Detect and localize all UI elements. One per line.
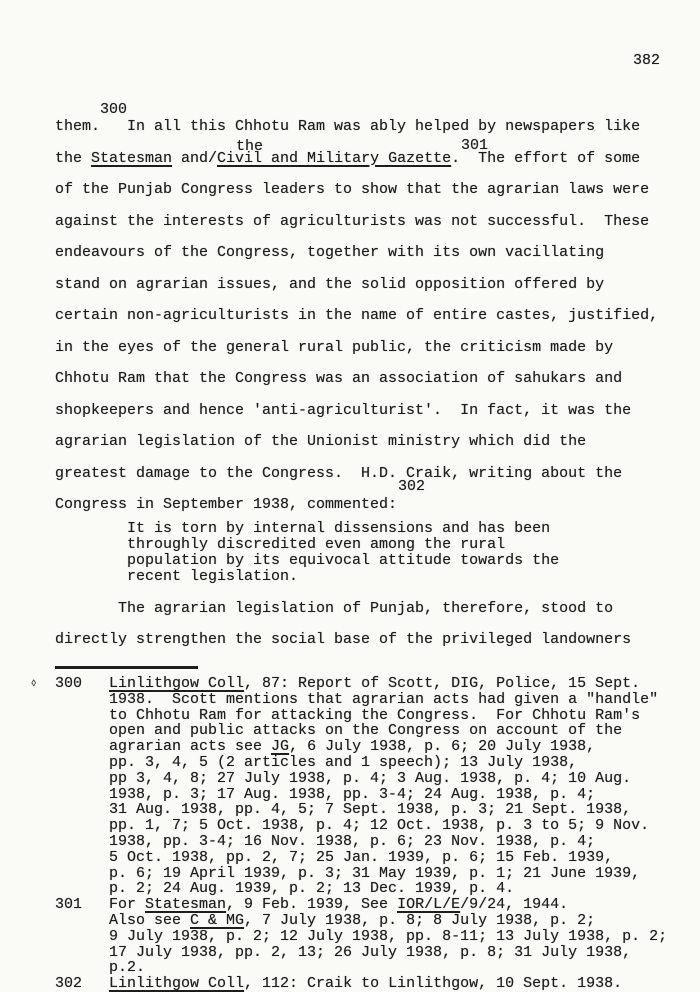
typed-line: Chhotu Ram that the Congress was an asso… — [55, 363, 658, 395]
text-segment: p. 6; 19 April 1939, p. 3; 31 May 1939, … — [55, 865, 640, 882]
underlined-text: Statesman — [91, 150, 172, 167]
underlined-text: IOR/L/E — [397, 896, 460, 913]
text-segment: of the Punjab Congress leaders to show t… — [55, 181, 649, 198]
text-segment: pp. 1, 7; 5 Oct. 1938, p. 4; 12 Oct. 193… — [55, 817, 649, 834]
text-segment: 1938, p. 3; 17 Aug. 1938, pp. 3-4; 24 Au… — [55, 786, 595, 803]
text-segment: Congress in September 1938, commented: — [55, 496, 397, 513]
typed-line: Congress in September 1938, commented: — [55, 489, 658, 521]
typed-line: throughly discredited even among the rur… — [55, 537, 658, 553]
typed-line: shopkeepers and hence 'anti-agriculturis… — [55, 395, 658, 427]
margin-mark: ◊ — [31, 680, 36, 689]
footnote-line: agrarian acts see JG, 6 July 1938, p. 6;… — [55, 739, 667, 755]
footnote-line: pp 3, 4, 8; 27 July 1938, p. 4; 3 Aug. 1… — [55, 771, 667, 787]
footnote-line: 1938. Scott mentions that agrarian acts … — [55, 692, 667, 708]
typed-line: recent legislation. — [55, 569, 658, 585]
text-segment: the — [55, 150, 91, 167]
text-segment: open and public attacks on the Congress … — [55, 722, 622, 739]
text-segment: p. 2; 24 Aug. 1939, p. 2; 13 Dec. 1939, … — [55, 880, 514, 897]
text-segment: , 6 July 1938, p. 6; 20 July 1938, — [289, 738, 595, 755]
footnote-line: 1938, p. 3; 17 Aug. 1938, pp. 3-4; 24 Au… — [55, 787, 667, 803]
text-segment: p.2. — [55, 959, 145, 976]
text-segment: 5 Oct. 1938, pp. 2, 7; 25 Jan. 1939, p. … — [55, 849, 613, 866]
text-segment: 302 — [55, 975, 109, 992]
footnote-line: 300 Linlithgow Coll, 87: Report of Scott… — [55, 676, 667, 692]
footnote-line: 31 Aug. 1938, pp. 4, 5; 7 Sept. 1938, p.… — [55, 802, 667, 818]
text-segment: them. In all this Chhotu Ram was ably he… — [55, 118, 640, 135]
text-segment: 301 For — [55, 896, 145, 913]
text-segment: and/ — [172, 150, 217, 167]
text-segment: , 87: Report of Scott, DIG, Police, 15 S… — [244, 675, 640, 692]
footnote-line: Also see C & MG, 7 July 1938, p. 8; 8 Ju… — [55, 913, 667, 929]
footnote-line: p. 2; 24 Aug. 1939, p. 2; 13 Dec. 1939, … — [55, 881, 667, 897]
text-segment: /9/24, 1944. — [460, 896, 568, 913]
text-segment: shopkeepers and hence 'anti-agriculturis… — [55, 402, 631, 419]
typed-line: It is torn by internal dissensions and h… — [55, 521, 658, 537]
footnote-line: 17 July 1938, pp. 2, 13; 26 July 1938, p… — [55, 945, 667, 961]
underlined-text: Statesman — [145, 896, 226, 913]
page-number: 382 — [633, 52, 660, 69]
footnote-line: 302 Linlithgow Coll, 112: Craik to Linli… — [55, 976, 667, 992]
text-segment: It is torn by internal dissensions and h… — [55, 520, 550, 537]
text-segment: 1938. Scott mentions that agrarian acts … — [55, 691, 658, 708]
typed-line: endeavours of the Congress, together wit… — [55, 237, 658, 269]
text-segment: recent legislation. — [55, 568, 298, 585]
scanned-document-page: 382 300 the 301 302 them. In all this Ch… — [0, 0, 700, 992]
footnote-line: open and public attacks on the Congress … — [55, 723, 667, 739]
text-segment: , 9 Feb. 1939, See — [226, 896, 397, 913]
text-segment: The agrarian legislation of Punjab, ther… — [55, 600, 613, 617]
underlined-text: JG — [271, 738, 289, 755]
text-segment: throughly discredited even among the rur… — [55, 536, 505, 553]
text-segment: endeavours of the Congress, together wit… — [55, 244, 604, 261]
text-segment: against the interests of agriculturists … — [55, 213, 649, 230]
text-segment: , 112: Craik to Linlithgow, 10 Sept. 193… — [244, 975, 622, 992]
footnote-separator-rule — [55, 666, 198, 669]
text-segment: , 7 July 1938, p. 8; 8 July 1938, p. 2; — [244, 912, 595, 929]
text-segment: 9 July 1938, p. 2; 12 July 1938, pp. 8-1… — [55, 928, 667, 945]
footnote-line: p.2. — [55, 960, 667, 976]
typed-line: agrarian legislation of the Unionist min… — [55, 426, 658, 458]
text-segment: stand on agrarian issues, and the solid … — [55, 276, 604, 293]
footnote-line: pp. 3, 4, 5 (2 articles and 1 speech); 1… — [55, 755, 667, 771]
footnote-line: 301 For Statesman, 9 Feb. 1939, See IOR/… — [55, 897, 667, 913]
text-segment: Chhotu Ram that the Congress was an asso… — [55, 370, 622, 387]
footnote-line: 9 July 1938, p. 2; 12 July 1938, pp. 8-1… — [55, 929, 667, 945]
footnote-line: to Chhotu Ram for attacking the Congress… — [55, 708, 667, 724]
text-segment: 17 July 1938, pp. 2, 13; 26 July 1938, p… — [55, 944, 631, 961]
typed-line: directly strengthen the social base of t… — [55, 624, 658, 656]
typed-line: population by its equivocal attitude tow… — [55, 553, 658, 569]
text-segment: 300 — [55, 675, 109, 692]
text-segment: 1938, pp. 3-4; 16 Nov. 1938, p. 6; 23 No… — [55, 833, 595, 850]
typed-line: in the eyes of the general rural public,… — [55, 332, 658, 364]
text-segment: 31 Aug. 1938, pp. 4, 5; 7 Sept. 1938, p.… — [55, 801, 631, 818]
typed-line: greatest damage to the Congress. H.D. Cr… — [55, 458, 658, 490]
footnotes-block: 300 Linlithgow Coll, 87: Report of Scott… — [55, 676, 667, 992]
typed-line: them. In all this Chhotu Ram was ably he… — [55, 111, 658, 143]
text-segment: . The effort of some — [451, 150, 640, 167]
text-segment: certain non-agriculturists in the name o… — [55, 307, 658, 324]
typed-line: of the Punjab Congress leaders to show t… — [55, 174, 658, 206]
text-segment: agrarian acts see — [55, 738, 271, 755]
text-segment: to Chhotu Ram for attacking the Congress… — [55, 707, 640, 724]
typed-line: The agrarian legislation of Punjab, ther… — [55, 593, 658, 625]
footnote-line: 5 Oct. 1938, pp. 2, 7; 25 Jan. 1939, p. … — [55, 850, 667, 866]
text-segment: population by its equivocal attitude tow… — [55, 552, 559, 569]
text-segment: in the eyes of the general rural public,… — [55, 339, 613, 356]
text-segment: greatest damage to the Congress. H.D. Cr… — [55, 465, 622, 482]
footnote-line: 1938, pp. 3-4; 16 Nov. 1938, p. 6; 23 No… — [55, 834, 667, 850]
text-segment: agrarian legislation of the Unionist min… — [55, 433, 586, 450]
typed-line: the Statesman and/Civil and Military Gaz… — [55, 143, 658, 175]
underlined-text: Linlithgow Coll — [109, 975, 244, 992]
typed-line: certain non-agriculturists in the name o… — [55, 300, 658, 332]
body-text: them. In all this Chhotu Ram was ably he… — [55, 111, 658, 656]
text-segment: pp 3, 4, 8; 27 July 1938, p. 4; 3 Aug. 1… — [55, 770, 631, 787]
typed-line: against the interests of agriculturists … — [55, 206, 658, 238]
underlined-text: Civil and Military Gazette — [217, 150, 451, 167]
footnote-line: p. 6; 19 April 1939, p. 3; 31 May 1939, … — [55, 866, 667, 882]
underlined-text: Linlithgow Coll — [109, 675, 244, 692]
typed-line: stand on agrarian issues, and the solid … — [55, 269, 658, 301]
footnote-line: pp. 1, 7; 5 Oct. 1938, p. 4; 12 Oct. 193… — [55, 818, 667, 834]
text-segment: directly strengthen the social base of t… — [55, 631, 631, 648]
text-segment: Also see — [55, 912, 190, 929]
underlined-text: C & MG — [190, 912, 244, 929]
text-segment: pp. 3, 4, 5 (2 articles and 1 speech); 1… — [55, 754, 577, 771]
